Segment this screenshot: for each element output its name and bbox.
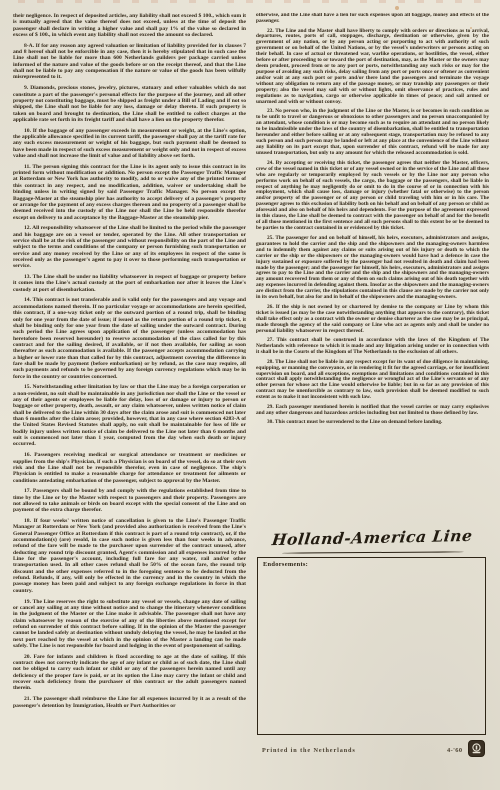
clause-15: 15. Notwithstanding other limitation by …	[13, 384, 246, 447]
clause-23: 23. No person who, in the judgment of th…	[256, 109, 489, 157]
clause-19: 19. The Line reserves the right to subst…	[13, 599, 246, 650]
clause-30: 30. This contract must be surrendered to…	[256, 420, 489, 426]
paper-specks	[0, 0, 2, 2]
clause-12: 12. All responsibility whatsoever of the…	[13, 225, 246, 269]
company-signature-block: Holland-America Line	[256, 528, 489, 548]
clause-29: 29. Each passenger mentioned herein is n…	[256, 405, 489, 417]
terms-column-left: their negligence. In respect of deposite…	[13, 13, 246, 759]
clause-26: 26. If the ship is not owned by or chart…	[256, 305, 489, 335]
clause-24: 24. By accepting or receiving this ticke…	[256, 161, 489, 232]
printed-in-netherlands-note: Printed in the Netherlands	[262, 747, 356, 754]
clause-17: 17. Passengers shall be bound by and com…	[13, 488, 246, 513]
clause-25: 25. The passenger for and on behalf of h…	[256, 236, 489, 301]
contract-terms-page: their negligence. In respect of deposite…	[0, 0, 500, 790]
clause-10: 10. If the baggage of any passenger exce…	[13, 128, 246, 160]
clause-22: 22. The Line and the Master shall have l…	[256, 29, 489, 106]
clause-16: 16. Passengers receiving medical or surg…	[13, 452, 246, 484]
clause-8-continuation: their negligence. In respect of deposite…	[13, 13, 246, 38]
clause-11: 11. The person signing this contract for…	[13, 164, 246, 221]
edition-code: 4-'60	[447, 747, 463, 754]
clause-28: 28. The Line shall not be liable in any …	[256, 360, 489, 402]
endorsements-box: Endorsements:	[257, 557, 486, 735]
holland-america-line-signature: Holland-America Line	[271, 526, 474, 549]
clause-13: 13. The Line shall be under no liability…	[13, 274, 246, 293]
clause-21: 21. The passenger shall reimburse the Li…	[13, 696, 246, 709]
clause-20: 20. Fare for infants and children is fix…	[13, 654, 246, 692]
clause-18: 18. If four weeks' written notice of can…	[13, 518, 246, 594]
cut-off-red-print	[18, 0, 490, 3]
clause-21-continuation: otherwise, and the Line shall have a lie…	[256, 13, 489, 25]
clause-14: 14. This contract is not transferable an…	[13, 297, 246, 379]
terms-column-right: otherwise, and the Line shall have a lie…	[256, 13, 489, 531]
signature-underline-flourish	[282, 551, 464, 554]
clause-8a: 8-A. If for any reason any agreed valuat…	[13, 43, 246, 81]
clause-27: 27. This contract shall be construed in …	[256, 338, 489, 356]
clause-9: 9. Diamonds, precious stones, jewelry, p…	[13, 85, 246, 123]
endorsements-label: Endorsements:	[263, 561, 485, 568]
printers-union-emblem-icon	[468, 740, 485, 757]
